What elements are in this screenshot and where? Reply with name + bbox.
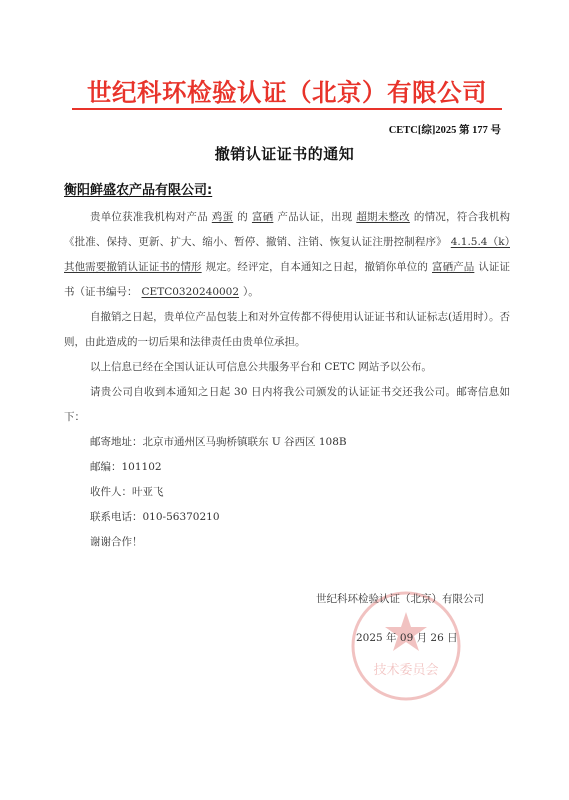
mailing-info: 邮寄地址：北京市通州区马驹桥镇联东 U 谷西区 108B 邮编：101102 收… xyxy=(90,430,347,555)
thanks: 谢谢合作！ xyxy=(90,530,347,555)
addressee: 衡阳鲜盛农产品有限公司: xyxy=(64,179,212,198)
text: 产品认证，出现 xyxy=(277,211,352,223)
text: 规定。经评定，自本通知之日起，撤销你单位的 xyxy=(206,261,428,273)
paragraph-publication: 以上信息已经在全国认证认可信息公共服务平台和 CETC 网站予以公布。 xyxy=(64,355,510,380)
seal-text: 技术委员会 xyxy=(373,662,438,678)
cert-product: 富硒产品 xyxy=(428,261,478,273)
product-name: 鸡蛋 xyxy=(208,211,237,223)
sub-product: 富硒 xyxy=(248,211,277,223)
signature-organization: 世纪科环检验认证（北京）有限公司 xyxy=(316,591,484,606)
official-seal-icon: 技术委员会 xyxy=(350,590,462,702)
postcode: 邮编：101102 xyxy=(90,455,347,480)
notice-title: 撤销认证证书的通知 xyxy=(0,143,569,164)
text: 的 xyxy=(237,211,248,223)
paragraph-revocation: 贵单位获准我机构对产品鸡蛋的富硒产品认证，出现超期未整改的情况，符合我机构《批准… xyxy=(64,205,510,305)
phone: 联系电话：010-56370210 xyxy=(90,505,347,530)
cert-number: CETC0320240002 xyxy=(138,286,244,298)
recipient: 收件人：叶亚飞 xyxy=(90,480,347,505)
signature-date: 2025 年 09 月 26 日 xyxy=(356,630,458,645)
text: 贵单位获准我机构对产品 xyxy=(90,211,208,223)
document-number: CETC[综]2025 第 177 号 xyxy=(389,122,501,137)
text: ）。 xyxy=(243,286,259,298)
paragraph-consequence: 自撤销之日起，贵单位产品包装上和对外宣传都不得使用认证证书和认证标志(适用时）。… xyxy=(64,305,510,355)
organization-header: 世纪科环检验认证（北京）有限公司 xyxy=(72,78,502,110)
issue: 超期未整改 xyxy=(352,211,414,223)
paragraph-return-request: 请贵公司自收到本通知之日起 30 日内将我公司颁发的认证证书交还我公司。邮寄信息… xyxy=(64,380,510,430)
mailing-address: 邮寄地址：北京市通州区马驹桥镇联东 U 谷西区 108B xyxy=(90,430,347,455)
notice-body: 贵单位获准我机构对产品鸡蛋的富硒产品认证，出现超期未整改的情况，符合我机构《批准… xyxy=(64,205,510,430)
